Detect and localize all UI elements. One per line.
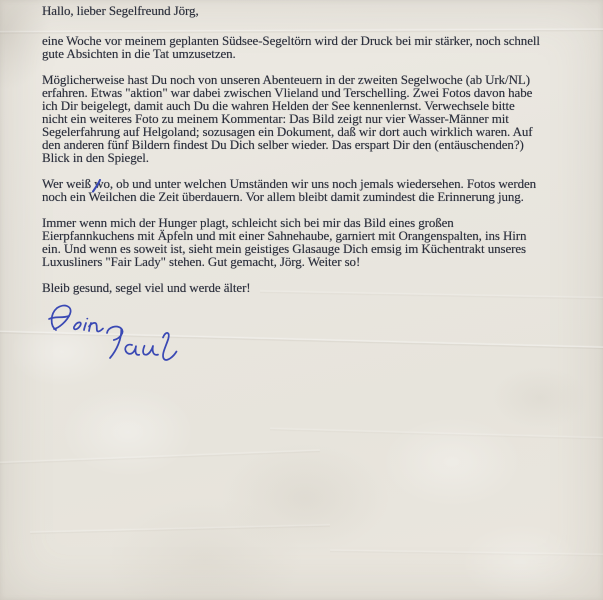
signature-ink-icon xyxy=(46,300,196,374)
letter-line: Hallo, lieber Segelfreund Jörg, xyxy=(42,4,590,17)
paper-crease xyxy=(0,449,320,466)
paragraph-2: Möglicherweise hast Du noch von unseren … xyxy=(42,73,590,164)
closing-line: Bleib gesund, segel viel und werde älter… xyxy=(42,281,590,294)
paper-crease xyxy=(330,549,603,558)
paragraph-1: eine Woche vor meinem geplanten Südsee-S… xyxy=(42,34,590,60)
letter-body: Hallo, lieber Segelfreund Jörg, eine Woc… xyxy=(42,4,590,307)
letter-line: Blick in den Spiegel. xyxy=(42,151,590,164)
scanned-letter-page: Hallo, lieber Segelfreund Jörg, eine Woc… xyxy=(0,0,603,600)
letter-line: gute Absichten in die Tat umzusetzen. xyxy=(42,47,590,60)
signature-text: Dein Paul xyxy=(46,374,47,375)
salutation: Hallo, lieber Segelfreund Jörg, xyxy=(42,4,590,17)
paragraph-3: Wer weiß wo, ob und unter welchen Umstän… xyxy=(42,177,590,203)
letter-line: Luxusliners "Fair Lady" stehen. Gut gema… xyxy=(42,255,590,268)
paper-crease xyxy=(270,427,603,441)
letter-line: noch ein Weilchen die Zeit überdauern. V… xyxy=(42,190,590,203)
signature: Dein Paul xyxy=(46,300,196,374)
paper-crease xyxy=(30,523,330,534)
letter-line: Bleib gesund, segel viel und werde älter… xyxy=(42,281,590,294)
paragraph-4: Immer wenn mich der Hunger plagt, schlei… xyxy=(42,216,590,268)
